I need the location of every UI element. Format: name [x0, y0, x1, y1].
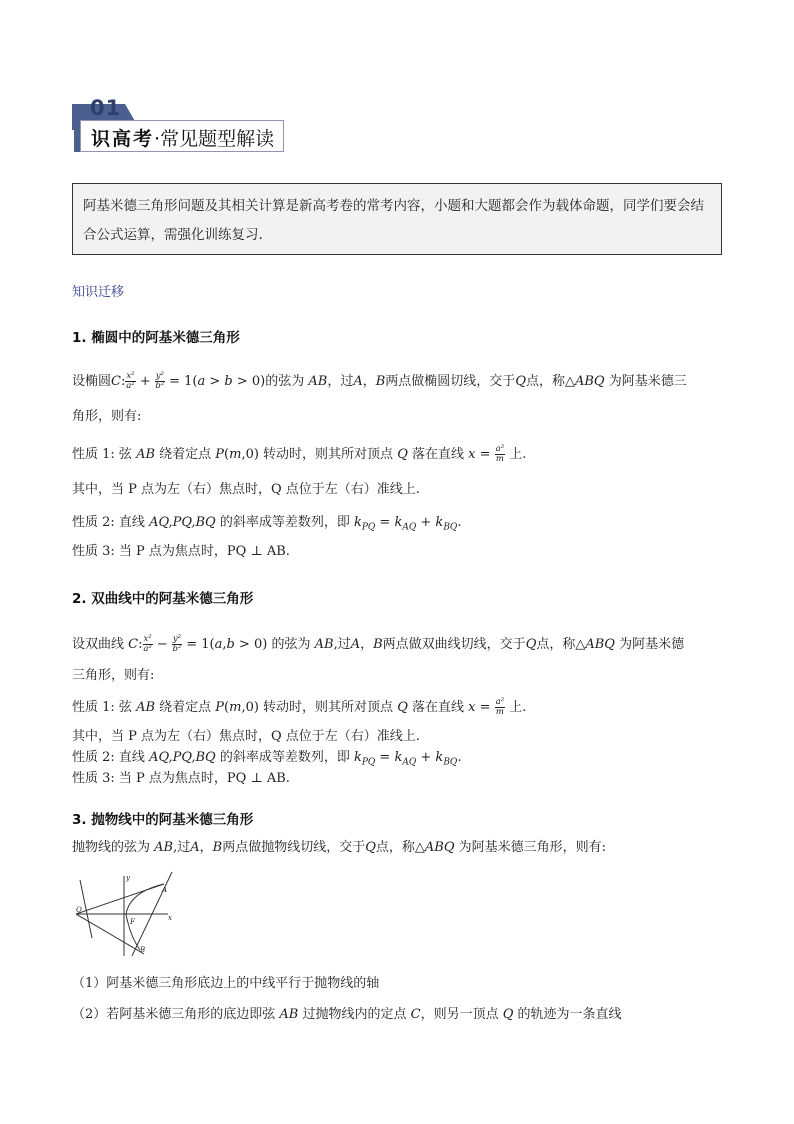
svg-text:B: B — [139, 946, 145, 954]
svg-text:x: x — [168, 914, 172, 922]
svg-text:y: y — [125, 874, 131, 882]
section-2-title: 2. 双曲线中的阿基米德三角形 — [72, 587, 253, 607]
section-3-title: 3. 抛物线中的阿基米德三角形 — [72, 808, 253, 828]
document-page: 01 识高考·常见题型解读 阿基米德三角形问题及其相关计算是新高考卷的常考内容，… — [0, 0, 794, 1124]
svg-text:F: F — [129, 918, 136, 926]
section-2-property-2: 性质 2: 直线 AQ,PQ,BQ 的斜率成等差数列，即 kPQ = kAQ +… — [72, 749, 461, 772]
svg-text:A: A — [161, 886, 167, 894]
intro-box: 阿基米德三角形问题及其相关计算是新高考卷的常考内容，小题和大题都会作为载体命题，… — [72, 183, 722, 255]
section-1-definition-2: 角形，则有: — [72, 408, 141, 426]
section-1-property-3: 性质 3: 当 P 点为焦点时，PQ ⊥ AB. — [72, 543, 290, 561]
parabola-figure: y A Q F x B — [76, 870, 176, 956]
section-3-property-1: （1）阿基米德三角形底边上的中线平行于抛物线的轴 — [72, 975, 379, 993]
section-badge: 01 识高考·常见题型解读 — [72, 98, 284, 154]
section-1-title: 1. 椭圆中的阿基米德三角形 — [72, 326, 240, 346]
section-3-definition: 抛物线的弦为 AB,过A，B两点做抛物线切线，交于Q点，称△ABQ 为阿基米德三… — [72, 839, 606, 857]
section-1-property-1-note: 其中，当 P 点为左（右）焦点时，Q 点位于左（右）准线上. — [72, 481, 420, 499]
section-1-definition: 设椭圆C:x²a² + y²b² = 1(a > b > 0)的弦为 AB，过A… — [72, 372, 687, 391]
section-2-property-1: 性质 1: 弦 AB 绕着定点 P(m,0) 转动时，则其所对顶点 Q 落在直线… — [72, 698, 526, 717]
section-2-definition-2: 三角形，则有: — [72, 667, 154, 685]
section-2-property-3: 性质 3: 当 P 点为焦点时，PQ ⊥ AB. — [72, 770, 290, 788]
section-1-property-1: 性质 1: 弦 AB 绕着定点 P(m,0) 转动时，则其所对顶点 Q 落在直线… — [72, 445, 526, 464]
badge-title: 识高考·常见题型解读 — [91, 124, 274, 151]
svg-text:Q: Q — [76, 906, 82, 914]
badge-title-box: 识高考·常见题型解读 — [80, 120, 284, 152]
badge-number: 01 — [90, 96, 121, 120]
knowledge-heading: 知识迁移 — [72, 281, 124, 300]
section-1-property-2: 性质 2: 直线 AQ,PQ,BQ 的斜率成等差数列，即 kPQ = kAQ +… — [72, 514, 461, 537]
section-2-property-1-note: 其中，当 P 点为左（右）焦点时，Q 点位于左（右）准线上. — [72, 728, 420, 746]
section-3-property-2: （2）若阿基米德三角形的底边即弦 AB 过抛物线内的定点 C，则另一顶点 Q 的… — [72, 1006, 622, 1024]
section-2-definition: 设双曲线 C:x²a² − y²b² = 1(a,b > 0) 的弦为 AB,过… — [72, 635, 684, 654]
